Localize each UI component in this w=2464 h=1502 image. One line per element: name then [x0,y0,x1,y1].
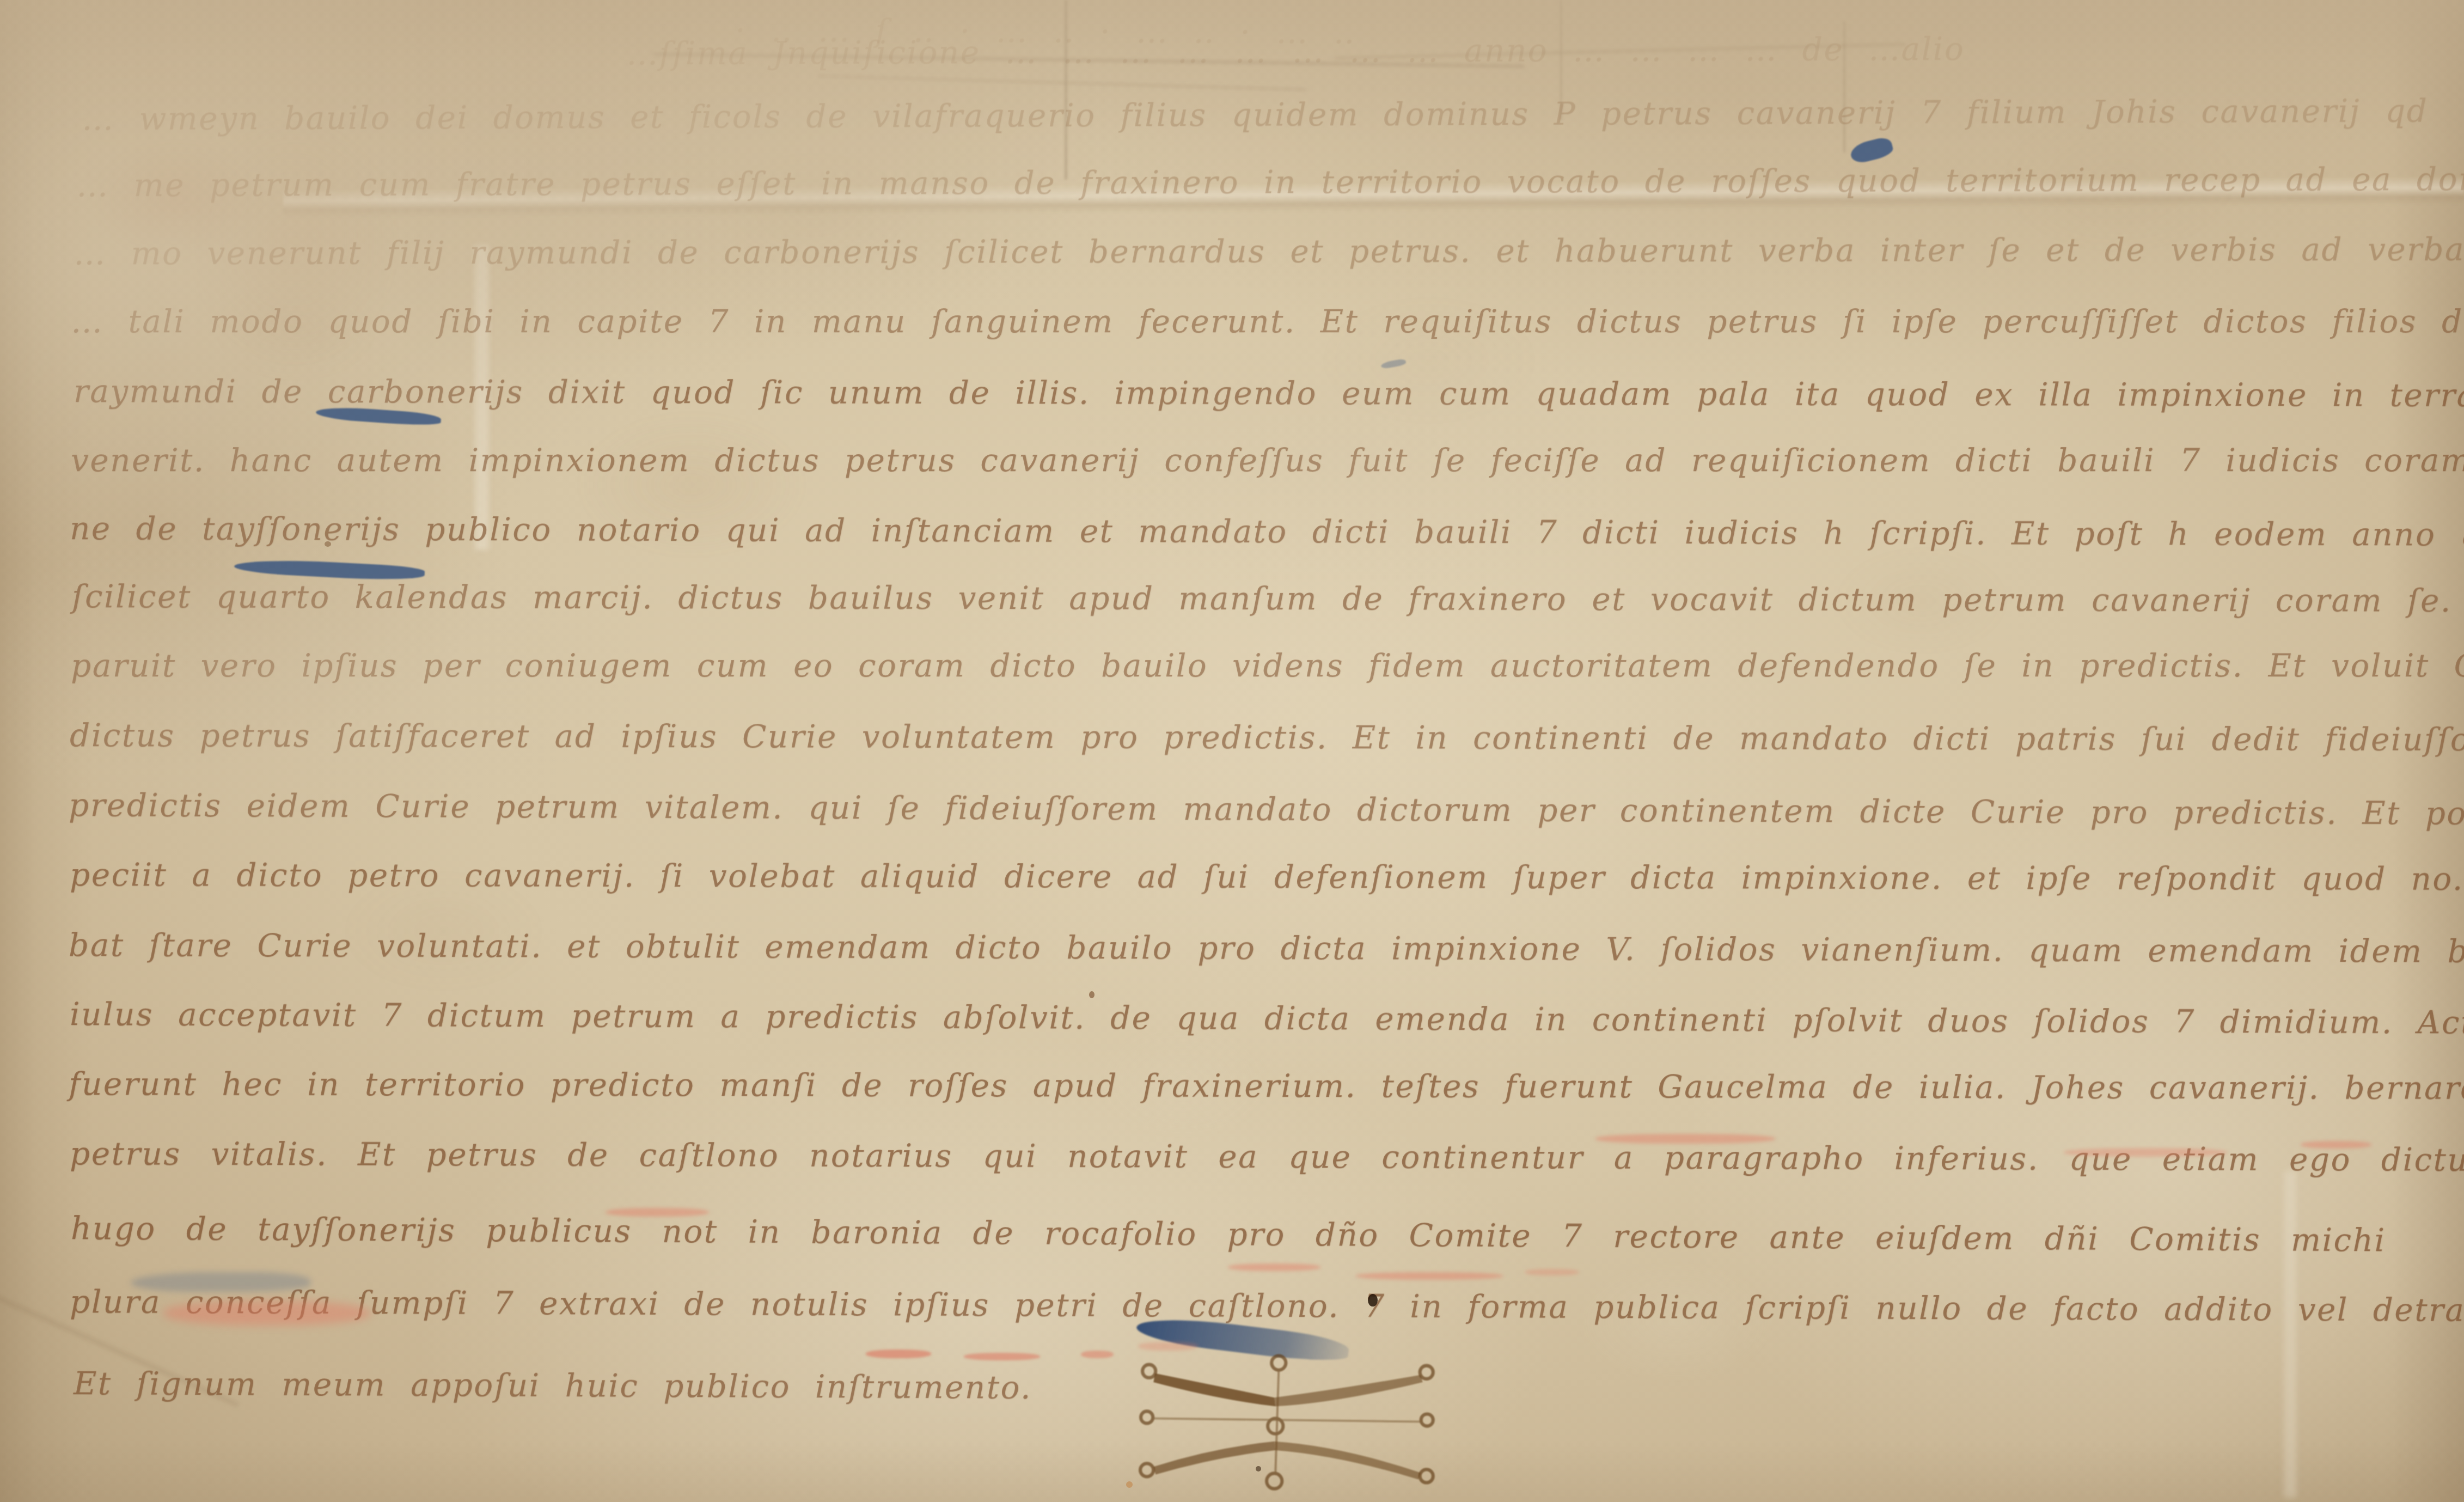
text-line: ſcilicet quarto kalendas marcij. dictus … [72,569,2452,628]
text-line: … me petrum cum fratre petrus eſſet in m… [76,151,2464,212]
text-line: Et ſignum meum appoſui huic publico inſt… [74,1356,1032,1415]
manuscript-photo: · ‥ … ſ ‥ · … ‥ · … ‥ · … ‥ …ſſima Jnqui… [0,0,2464,1502]
text-line: plura conceſſa ſumpſi 7 extraxi de notul… [70,1274,2464,1338]
notarial-sign-icon [1137,1344,1445,1494]
text-line: … tali modo quod ſibi in capite 7 in man… [71,294,2464,349]
text-line: ne de tayſſonerijs publico notario qui a… [70,501,2464,562]
text-line: … wmeyn bauilo dei domus et ficols de vi… [82,83,2429,146]
ink-speck [1368,1294,1378,1306]
text-line: bat ſtare Curie voluntati. et obtulit em… [69,918,2464,979]
text-line: hugo de tayſſonerijs publicus not in bar… [71,1201,2386,1267]
ink-speck [325,541,331,547]
handwritten-text: · ‥ … ſ ‥ · … ‥ · … ‥ · … ‥ …ſſima Jnqui… [0,0,2464,1502]
text-line: dictus petrus ſatiſfaceret ad ipſius Cur… [70,708,2464,767]
ink-speck [1126,1481,1133,1488]
text-line: petrus vitalis. Et petrus de caſtlono no… [70,1126,2464,1187]
text-line: iulus acceptavit 7 dictum petrum a predi… [70,987,2464,1050]
text-line: paruit vero ipſius per coniugem cum eo c… [71,638,2464,693]
text-line: fuerunt hec in territorio predicto manſi… [69,1057,2464,1115]
text-line: raymundi de carbonerijs dixit quod ſic u… [74,364,2464,423]
text-line: … mo venerunt filij raymundi de carboner… [74,222,2464,280]
text-line: …ſſima Jnquiſicione … … … … … … … … anno… [626,21,1965,81]
text-line: predictis eidem Curie petrum vitalem. qu… [69,778,2464,841]
ink-speck [1089,991,1095,998]
text-line: venerit. hanc autem impinxionem dictus p… [71,433,2464,487]
text-line: peciit a dicto petro cavanerij. ſi voleb… [70,847,2464,906]
